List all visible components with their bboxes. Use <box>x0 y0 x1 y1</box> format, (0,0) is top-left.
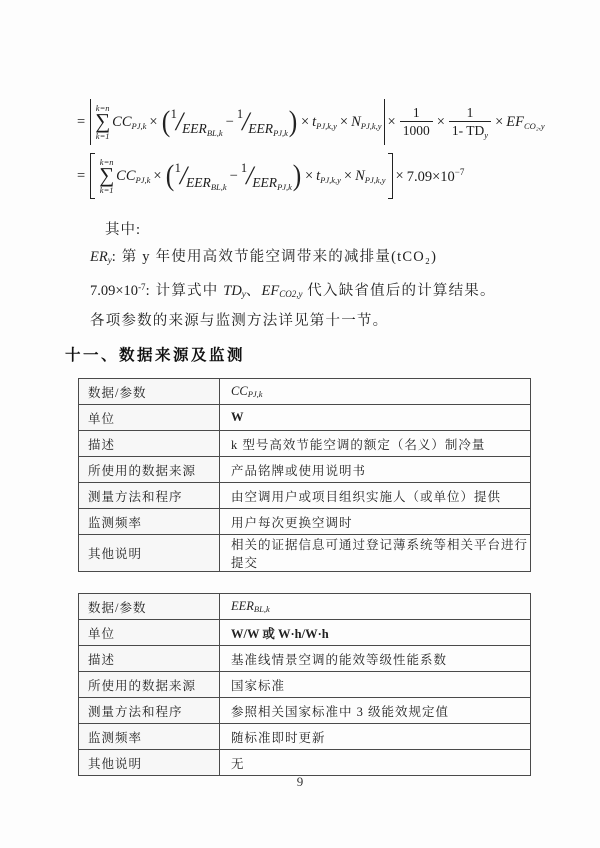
row-label-cell: 所使用的数据来源 <box>79 457 220 483</box>
close-bracket <box>384 99 385 145</box>
open-bracket <box>90 153 95 199</box>
document-page: =k=n∑k=1CCPJ,k×(1/EERBL,k−1/EERPJ,k)×tPJ… <box>0 0 600 848</box>
operator: − <box>226 114 234 131</box>
variable: tPJ,k,y <box>312 114 337 131</box>
section-title: 十一、数据来源及监测 <box>65 343 535 365</box>
table-row: 其他说明无 <box>79 750 531 776</box>
variable: CCPJ,k <box>116 168 150 185</box>
paragraph-er-definition: ERy: 第 y 年使用高效节能空调带来的减排量(tCO₂) <box>90 249 535 269</box>
parameter-table-cc: 数据/参数CCPJ,k单位W描述k 型号高效节能空调的额定（名义）制冷量所使用的… <box>78 378 531 572</box>
operator: × <box>340 114 348 131</box>
row-label-cell: 单位 <box>79 620 220 646</box>
row-label-cell: 单位 <box>79 405 220 431</box>
operator: × <box>388 114 396 131</box>
equals-sign: = <box>77 168 85 185</box>
row-value-cell: 相关的证据信息可通过登记薄系统等相关平台进行提交 <box>220 535 531 572</box>
page-number: 9 <box>0 774 600 790</box>
parenthesis: ( <box>161 107 170 137</box>
parenthesis: ) <box>293 161 302 191</box>
operator: × <box>153 168 161 185</box>
fraction: 11000 <box>400 105 433 138</box>
operator: × <box>437 114 445 131</box>
row-label-cell: 监测频率 <box>79 724 220 750</box>
row-value-cell: W <box>220 405 531 431</box>
table-row: 数据/参数EERBL,k <box>79 594 531 620</box>
paragraph-see-section: 各项参数的来源与监测方法详见第十一节。 <box>90 313 535 330</box>
variable: tPJ,k,y <box>316 168 341 185</box>
table-row: 测量方法和程序参照相关国家标准中 3 级能效规定值 <box>79 698 531 724</box>
table-row: 所使用的数据来源国家标准 <box>79 672 531 698</box>
row-value-cell: 国家标准 <box>220 672 531 698</box>
paragraph-default-value-note: 7.09×10-7: 计算式中 TDy、EFCO2,y 代入缺省值后的计算结果。 <box>90 279 535 303</box>
row-value-cell: k 型号高效节能空调的额定（名义）制冷量 <box>220 431 531 457</box>
variable: NPJ,k,y <box>351 114 381 131</box>
slanted-fraction: 1/EERBL,k <box>175 163 227 189</box>
fraction: 11- TDy <box>449 105 491 139</box>
table-row: 监测频率随标准即时更新 <box>79 724 531 750</box>
summation: k=n∑k=1 <box>95 104 110 141</box>
table-row: 测量方法和程序由空调用户或项目组织实施人（或单位）提供 <box>79 483 531 509</box>
row-label-cell: 其他说明 <box>79 750 220 776</box>
table-row: 所使用的数据来源产品铭牌或使用说明书 <box>79 457 531 483</box>
operator: × <box>396 168 404 185</box>
operator: − <box>230 168 238 185</box>
table-row: 监测频率用户每次更换空调时 <box>79 509 531 535</box>
row-value-cell: 产品铭牌或使用说明书 <box>220 457 531 483</box>
row-label-cell: 测量方法和程序 <box>79 698 220 724</box>
slanted-fraction: 1/EERPJ,k <box>241 163 292 189</box>
close-bracket <box>388 153 393 199</box>
constant-with-exponent: 7.09×10−7 <box>407 167 465 186</box>
slanted-fraction: 1/EERBL,k <box>171 109 223 135</box>
row-label-cell: 监测频率 <box>79 509 220 535</box>
operator: × <box>301 114 309 131</box>
row-value-cell: 由空调用户或项目组织实施人（或单位）提供 <box>220 483 531 509</box>
table-row: 数据/参数CCPJ,k <box>79 379 531 405</box>
variable: EFCO₂,y <box>506 114 544 131</box>
operator: × <box>305 168 313 185</box>
row-value-cell: CCPJ,k <box>220 379 531 405</box>
table-row: 描述基准线情景空调的能效等级性能系数 <box>79 646 531 672</box>
row-label-cell: 其他说明 <box>79 535 220 572</box>
row-value-cell: 参照相关国家标准中 3 级能效规定值 <box>220 698 531 724</box>
row-label-cell: 数据/参数 <box>79 379 220 405</box>
variable: CCPJ,k <box>112 114 146 131</box>
parameter-table-eer: 数据/参数EERBL,k单位W/W 或 W·h/W·h描述基准线情景空调的能效等… <box>78 593 531 776</box>
table-row: 单位W/W 或 W·h/W·h <box>79 620 531 646</box>
table-row: 单位W <box>79 405 531 431</box>
slanted-fraction: 1/EERPJ,k <box>237 109 288 135</box>
equation-line-2: =k=n∑k=1CCPJ,k×(1/EERBL,k−1/EERPJ,k)×tPJ… <box>74 150 535 202</box>
where-label: 其中: <box>105 218 535 239</box>
row-value-cell: W/W 或 W·h/W·h <box>220 620 531 646</box>
parenthesis: ( <box>165 161 174 191</box>
row-value-cell: 基准线情景空调的能效等级性能系数 <box>220 646 531 672</box>
row-label-cell: 描述 <box>79 431 220 457</box>
equation-line-1: =k=n∑k=1CCPJ,k×(1/EERBL,k−1/EERPJ,k)×tPJ… <box>74 96 535 148</box>
operator: × <box>495 114 503 131</box>
row-value-cell: 用户每次更换空调时 <box>220 509 531 535</box>
equals-sign: = <box>77 114 85 131</box>
open-bracket <box>90 99 91 145</box>
row-label-cell: 测量方法和程序 <box>79 483 220 509</box>
emission-reduction-formula: =k=n∑k=1CCPJ,k×(1/EERBL,k−1/EERPJ,k)×tPJ… <box>74 96 535 202</box>
parenthesis: ) <box>289 107 298 137</box>
variable: NPJ,k,y <box>355 168 385 185</box>
row-value-cell: 无 <box>220 750 531 776</box>
row-label-cell: 所使用的数据来源 <box>79 672 220 698</box>
row-value-cell: EERBL,k <box>220 594 531 620</box>
operator: × <box>149 114 157 131</box>
row-label-cell: 数据/参数 <box>79 594 220 620</box>
summation: k=n∑k=1 <box>99 158 114 195</box>
row-label-cell: 描述 <box>79 646 220 672</box>
table-row: 描述k 型号高效节能空调的额定（名义）制冷量 <box>79 431 531 457</box>
table-row: 其他说明相关的证据信息可通过登记薄系统等相关平台进行提交 <box>79 535 531 572</box>
row-value-cell: 随标准即时更新 <box>220 724 531 750</box>
operator: × <box>344 168 352 185</box>
